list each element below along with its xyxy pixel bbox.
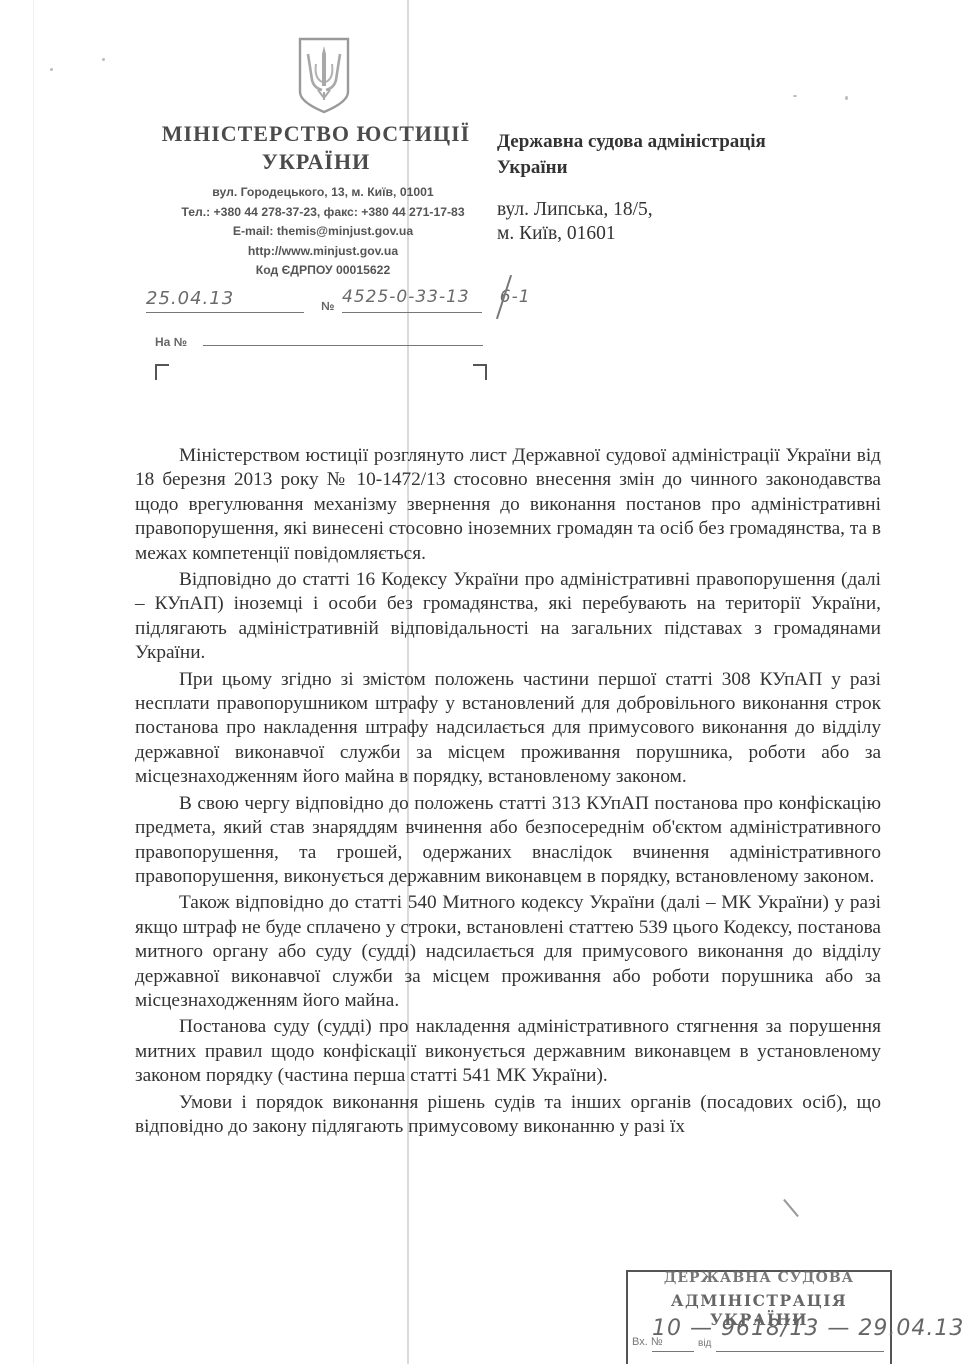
scan-speck: [845, 96, 848, 100]
handwritten-margin-mark: [783, 1199, 799, 1217]
stamp-number-underline: [652, 1351, 694, 1352]
number-label: №: [321, 299, 334, 313]
body-paragraph: При цьому згідно зі змістом положень час…: [135, 668, 881, 790]
body-paragraph: Міністерством юстиції розглянуто лист Де…: [135, 444, 881, 566]
letter-body: Міністерством юстиції розглянуто лист Де…: [135, 444, 881, 1141]
reply-to-reference: На №: [155, 333, 187, 351]
address-corner-mark-left: [155, 364, 169, 380]
sender-website: http://www.minjust.gov.ua: [150, 242, 496, 262]
recipient-block: Державна судова адміністрація України ву…: [497, 129, 877, 246]
sender-contacts: вул. Городецького, 13, м. Київ, 01001 Те…: [150, 183, 496, 281]
address-corner-mark-right: [473, 364, 487, 380]
scan-speck: [50, 68, 53, 71]
recipient-name-line2: України: [497, 155, 877, 181]
stamp-date-label: від: [698, 1338, 711, 1349]
sender-ministry-name: МІНІСТЕРСТВО ЮСТИЦІЇ УКРАЇНИ: [155, 120, 477, 176]
scan-speck: [793, 95, 797, 97]
body-paragraph: Постанова суду (судді) про накладення ад…: [135, 1015, 881, 1088]
body-paragraph: Умови і порядок виконання рішень судів т…: [135, 1091, 881, 1140]
ministry-name-line1: МІНІСТЕРСТВО ЮСТИЦІЇ: [155, 120, 477, 148]
scan-shadow-line: [33, 0, 34, 1364]
ministry-name-line2: УКРАЇНИ: [155, 148, 477, 176]
stamp-incoming-number-label: Вх. №: [632, 1336, 663, 1348]
stamp-org-line1: ДЕРЖАВНА СУДОВА: [628, 1270, 890, 1286]
body-paragraph: Відповідно до статті 16 Кодексу України …: [135, 568, 881, 666]
date-underline: [146, 312, 304, 313]
sender-address: вул. Городецького, 13, м. Київ, 01001: [150, 183, 496, 203]
sender-phone-fax: Тел.: +380 44 278-37-23, факс: +380 44 2…: [150, 203, 496, 223]
recipient-address-line1: вул. Липська, 18/5,: [497, 198, 877, 222]
sender-edrpou-code: Код ЄДРПОУ 00015622: [150, 261, 496, 281]
scan-speck: [102, 58, 105, 61]
reply-to-label: На №: [155, 335, 187, 349]
outgoing-reference: 25.04.13 № 4525-0-33-136-1: [146, 288, 546, 328]
reply-to-underline: [203, 345, 483, 346]
body-paragraph: Також відповідно до статті 540 Митного к…: [135, 891, 881, 1013]
recipient-address-line2: м. Київ, 01601: [497, 222, 877, 246]
body-paragraph: В свою чергу відповідно до положень стат…: [135, 792, 881, 890]
sender-email: E-mail: themis@minjust.gov.ua: [150, 222, 496, 242]
incoming-registration-stamp: ДЕРЖАВНА СУДОВА АДМІНІСТРАЦІЯ УКРАЇНИ 10…: [626, 1270, 892, 1364]
number-underline: [342, 312, 482, 313]
tryzub-coat-of-arms-icon: [296, 36, 352, 114]
recipient-name-line1: Державна судова адміністрація: [497, 129, 877, 155]
handwritten-date: 25.04.13: [146, 288, 234, 309]
stamp-date-underline: [716, 1351, 884, 1352]
